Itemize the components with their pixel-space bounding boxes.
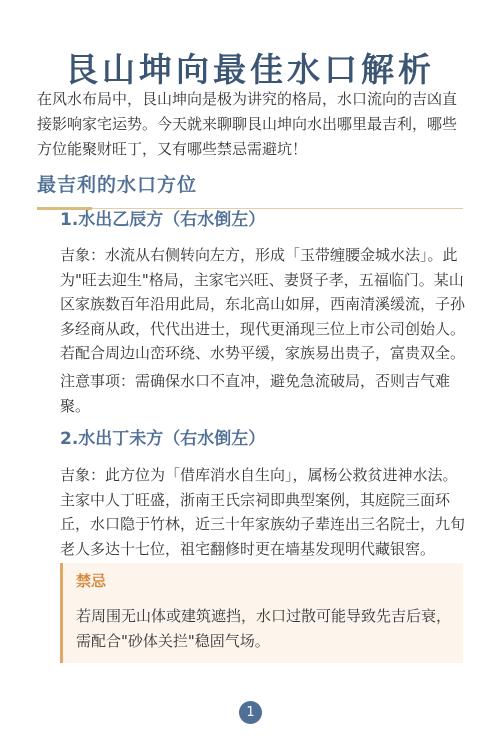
taboo-title: 禁忌 [76,570,106,592]
page-title: 艮山坤向最佳水口解析 [0,50,500,90]
item-1-heading: 1.水出乙辰方（右水倒左） [60,208,265,232]
item-2-heading: 2.水出丁未方（右水倒左） [60,427,265,451]
taboo-callout: 禁忌 若周围无山体或建筑遮挡，水口过散可能导致先吉后衰，需配合"砂体关拦"稳固气… [60,563,463,663]
section-title: 最吉利的水口方位 [37,172,463,198]
item-1-auspicious: 吉象：水流从右侧转向左方，形成「玉带缠腰金城水法」。此为"旺去迎生"格局，主家宅… [60,243,468,366]
section-header: 最吉利的水口方位 [37,172,463,209]
page-number-badge: 1 [239,701,262,724]
taboo-text: 若周围无山体或建筑遮挡，水口过散可能导致先吉后衰，需配合"砂体关拦"稳固气场。 [76,604,456,653]
item-2-auspicious: 吉象：此方位为「借库消水自生向」，属杨公救贫进神水法。主家中人丁旺盛，浙南王氏宗… [60,463,468,561]
item-1-note: 注意事项：需确保水口不直冲，避免急流破局，否则吉气难聚。 [60,369,468,418]
intro-paragraph: 在风水布局中，艮山坤向是极为讲究的格局，水口流向的吉凶直接影响家宅运势。今天就来… [37,87,467,162]
